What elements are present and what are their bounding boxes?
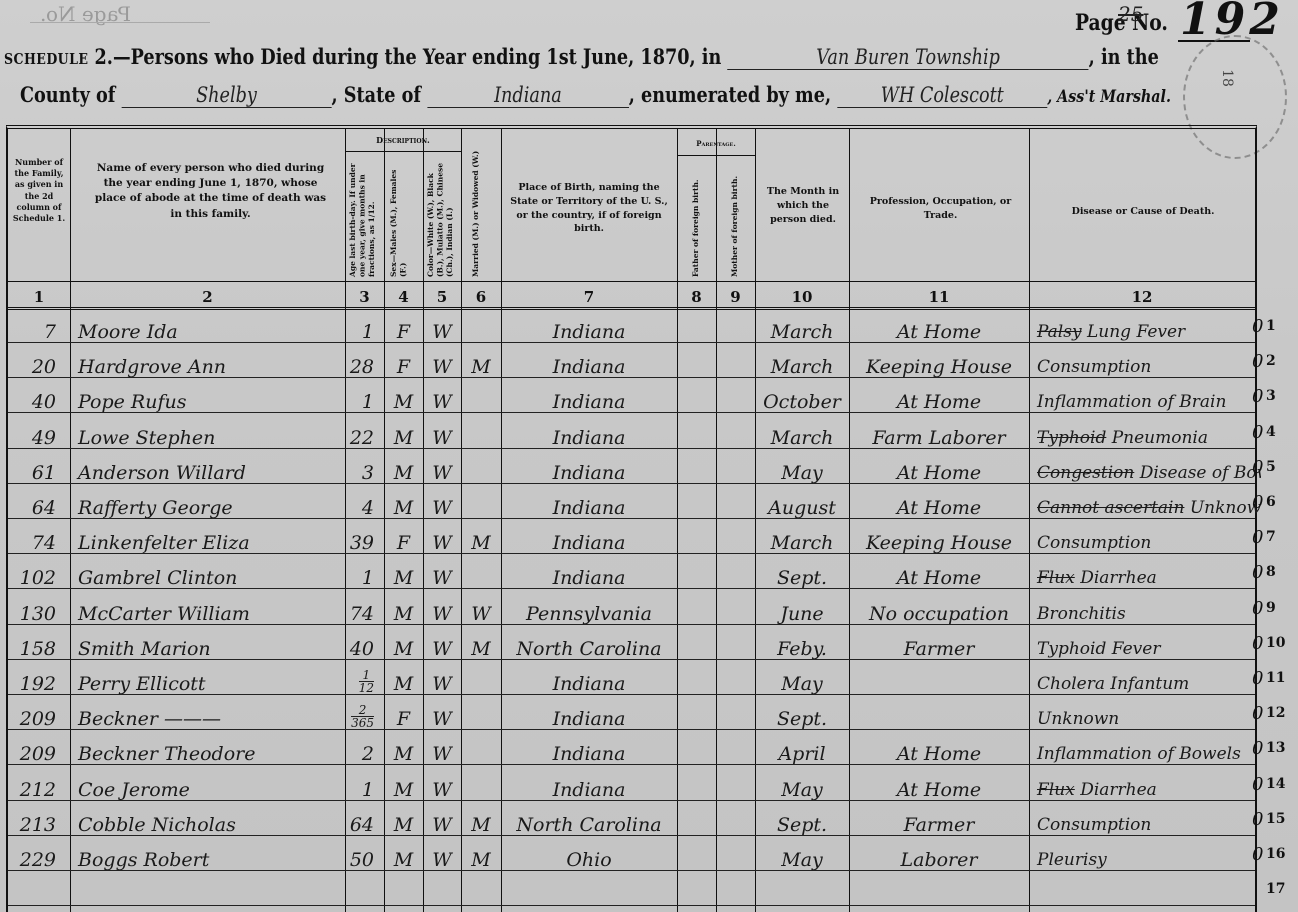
cell-birthplace: Indiana [501,734,677,767]
line-number: 2 [1266,353,1276,369]
tally-mark-icon: 0 [1252,492,1263,513]
col-number: 4 [384,285,423,309]
cell-sex: M [384,488,423,521]
cell-name: Pope Rufus [70,382,353,415]
cell-sex [384,875,423,908]
cell-color: W [423,453,461,486]
cell-color: W [423,558,461,591]
table-row: 212Coe Jerome1MWIndianaMayAt HomeFlux Di… [8,770,1255,803]
fraction-denominator: 365 [351,717,374,729]
marshal-label: , Ass't Marshal. [1047,87,1171,107]
line-number: 8 [1266,564,1276,580]
cell-family: 20 [8,347,56,380]
cell-age: 4 [345,488,374,521]
cell-cause: Palsy Lung Fever [1029,312,1261,345]
cell-name: Linkenfelter Eliza [70,523,353,556]
table-row: 7Moore Ida1FWIndianaMarchAt HomePalsy Lu… [8,312,1255,345]
row-rule [8,729,1255,730]
tally-mark-icon: 0 [1252,351,1263,372]
cell-cause: Typhoid Fever [1029,629,1261,662]
cell-age: 3 [345,453,374,486]
cause-text: Typhoid Fever [1037,639,1160,659]
tally-mark-icon: 0 [1252,738,1263,759]
cause-text: Inflammation of Brain [1037,392,1226,412]
row-rule [8,870,1255,871]
table-row: 64Rafferty George4MWIndianaAugustAt Home… [8,488,1255,521]
cell-birthplace: Indiana [501,312,677,345]
cell-sex: F [384,699,423,732]
row-rule [8,588,1255,589]
cell-occupation: At Home [849,734,1029,767]
header-name: Name of every person who died during the… [88,161,333,222]
cell-name: Rafferty George [70,488,353,521]
cell-name: Perry Ellicott [70,664,353,697]
header-rule [8,281,1255,282]
cell-family: 61 [8,453,56,486]
table-row: 209Beckner ———2365FWIndianaSept. Unknown [8,699,1255,732]
cause-text: Inflammation of Bowels [1037,744,1241,764]
cell-occupation [849,875,1029,908]
cell-age: 1 [345,558,374,591]
cell-birthplace: Indiana [501,699,677,732]
cell-age: 1 [345,770,374,803]
cell-married [461,418,501,451]
col-number: 6 [461,285,501,309]
cell-birthplace: North Carolina [501,629,677,662]
parentage-rule [677,155,755,156]
row-rule [8,694,1255,695]
cell-name: Hardgrove Ann [70,347,353,380]
cell-name: Anderson Willard [70,453,353,486]
county-line: County of Shelby, State of Indiana, enum… [20,82,1171,108]
cell-name: Lowe Stephen [70,418,353,451]
cell-married [461,312,501,345]
cell-family: 64 [8,488,56,521]
cell-birthplace: Indiana [501,488,677,521]
page-number-struck: 25 [1118,2,1143,26]
cell-color: W [423,805,461,838]
cell-color [423,875,461,908]
body-rule [8,307,1255,310]
cell-age: 28 [345,347,374,380]
tally-mark-icon: 0 [1252,598,1263,619]
mortality-table: Number of the Family, as given in the 2d… [6,125,1257,912]
line-number: 10 [1266,635,1285,651]
cell-color: W [423,770,461,803]
cell-month: March [755,523,849,556]
enumerator-field: WH Colescott [837,83,1047,108]
cell-name: Moore Ida [70,312,353,345]
cell-sex: F [384,347,423,380]
cell-cause: Flux Diarrhea [1029,770,1261,803]
cell-cause: Unknown [1029,699,1261,732]
cell-family: 7 [8,312,56,345]
cell-birthplace [501,875,677,908]
cell-family: 209 [8,734,56,767]
age-fraction: 2365 [351,704,374,729]
cell-month: August [755,488,849,521]
line-number: 3 [1266,388,1276,404]
cell-married [461,453,501,486]
cell-age: 22 [345,418,374,451]
line-number: 5 [1266,459,1276,475]
cell-name: Beckner Theodore [70,734,353,767]
cell-month: April [755,734,849,767]
cell-cause: Flux Diarrhea [1029,558,1261,591]
table-row: 229Boggs Robert50MWMOhioMayLaborer Pleur… [8,840,1255,873]
cell-married [461,558,501,591]
cell-married [461,699,501,732]
cell-sex: M [384,805,423,838]
header-parentage: Parentage. [677,139,755,149]
cell-age: 64 [345,805,374,838]
fraction-numerator: 2 [351,704,374,717]
cell-month: Sept. [755,699,849,732]
row-rule [8,448,1255,449]
line-number: 13 [1266,740,1285,756]
cell-sex: M [384,770,423,803]
header-married: Married (M.) or Widowed (W.) [471,137,491,277]
cell-age: 50 [345,840,374,873]
header-color: Color—White (W.), Black (B.), Mulatto (M… [426,157,458,277]
cell-age: 2365 [345,699,374,732]
cell-sex: M [384,382,423,415]
line-number: 9 [1266,600,1276,616]
cell-age: 39 [345,523,374,556]
cause-text: Consumption [1037,815,1151,835]
cell-family: 49 [8,418,56,451]
line-number: 16 [1266,846,1285,862]
cause-text: Bronchitis [1037,604,1126,624]
cell-occupation: No occupation [849,594,1029,627]
cell-color: W [423,840,461,873]
state-label: , State of [331,82,420,107]
cell-cause: Inflammation of Bowels [1029,734,1261,767]
cause-struck-text: Cannot ascertain [1037,498,1184,518]
cell-cause: Inflammation of Brain [1029,382,1261,415]
table-row: 213Cobble Nicholas64MWMNorth CarolinaSep… [8,805,1255,838]
cell-sex: F [384,312,423,345]
col-number: 11 [849,285,1029,309]
cause-struck-text: Palsy [1037,322,1082,342]
col-number: 9 [716,285,755,309]
cause-text: Cholera Infantum [1037,674,1189,694]
col-number: 8 [677,285,716,309]
cell-birthplace: Indiana [501,347,677,380]
cell-married: M [461,805,501,838]
tally-mark-icon: 0 [1252,386,1263,407]
cell-month: June [755,594,849,627]
header-family-number: Number of the Family, as given in the 2d… [9,157,69,224]
row-rule [8,624,1255,625]
cell-month: March [755,312,849,345]
cell-occupation [849,699,1029,732]
header-mother-foreign: Mother of foreign birth. [730,161,744,277]
header-description: Description. [345,135,461,146]
tally-mark-icon: 0 [1252,457,1263,478]
tally-mark-icon: 0 [1252,844,1263,865]
cell-month: Sept. [755,805,849,838]
cell-color: W [423,382,461,415]
cell-occupation: Farm Laborer [849,418,1029,451]
cell-married: M [461,347,501,380]
cell-family: 209 [8,699,56,732]
cell-birthplace: Indiana [501,418,677,451]
header-sex: Sex—Males (M.), Females (F.) [389,157,419,277]
col-number: 7 [501,285,677,309]
cell-family: 212 [8,770,56,803]
schedule-title: Schedule 2.—Persons who Died during the … [4,44,1159,70]
row-rule [8,553,1255,554]
description-rule [345,151,461,152]
cell-occupation: At Home [849,770,1029,803]
cell-family [8,875,56,908]
in-the-label: , in the [1089,44,1159,69]
row-rule [8,835,1255,836]
header-cause: Disease or Cause of Death. [1038,205,1248,219]
cell-married [461,382,501,415]
cell-married: W [461,594,501,627]
cell-name: Coe Jerome [70,770,353,803]
cell-occupation: Farmer [849,629,1029,662]
line-number: 11 [1266,670,1285,686]
row-rule [8,412,1255,413]
cell-birthplace: Pennsylvania [501,594,677,627]
cell-month: March [755,418,849,451]
cell-color: W [423,629,461,662]
row-rule [8,483,1255,484]
cell-age: 1 [345,382,374,415]
cause-text: Consumption [1037,357,1151,377]
cell-month [755,875,849,908]
cell-sex: M [384,453,423,486]
table-row: 61Anderson Willard3MWIndianaMayAt HomeCo… [8,453,1255,486]
cell-cause [1029,875,1261,908]
cell-occupation: At Home [849,453,1029,486]
header-month: The Month in which the person died. [760,185,846,226]
cell-sex: M [384,558,423,591]
cell-married [461,770,501,803]
cause-struck-text: Flux [1037,568,1075,588]
row-rule [8,377,1255,378]
cell-cause: Bronchitis [1029,594,1261,627]
cell-cause: Consumption [1029,805,1261,838]
cause-text: Pleurisy [1037,850,1107,870]
cell-birthplace: Indiana [501,382,677,415]
cell-age: 74 [345,594,374,627]
tally-mark-icon: 0 [1252,809,1263,830]
fraction-numerator: 1 [359,669,374,682]
cell-cause: Congestion Disease of Bowels [1029,453,1261,486]
cell-family: 102 [8,558,56,591]
table-row: 130McCarter William74MWWPennsylvaniaJune… [8,594,1255,627]
table-row: 158Smith Marion40MWMNorth CarolinaFeby.F… [8,629,1255,662]
cell-sex: M [384,734,423,767]
line-number: 17 [1266,881,1285,897]
table-row: 192Perry Ellicott112MWIndianaMay Cholera… [8,664,1255,697]
col-number: 2 [70,285,345,309]
cell-age: 2 [345,734,374,767]
header-birthplace: Place of Birth, naming the State or Terr… [505,181,673,236]
col-number: 3 [345,285,384,309]
cause-text: Pneumonia [1112,428,1208,448]
tally-mark-icon: 0 [1252,527,1263,548]
cell-month: Sept. [755,558,849,591]
cell-family: 158 [8,629,56,662]
cell-sex: M [384,418,423,451]
cell-married [461,664,501,697]
age-fraction: 112 [359,669,374,694]
cell-color: W [423,699,461,732]
header-occupation: Profession, Occupation, or Trade. [868,195,1013,223]
cell-name: Gambrel Clinton [70,558,353,591]
tally-mark-icon: 0 [1252,774,1263,795]
table-row [8,875,1255,908]
line-number: 6 [1266,494,1276,510]
tally-mark-icon: 0 [1252,422,1263,443]
cell-married: M [461,840,501,873]
cell-family: 229 [8,840,56,873]
schedule-number: 2. [95,44,113,69]
cell-family: 130 [8,594,56,627]
cell-color: W [423,312,461,345]
census-page: Page No. Page No. 25 192 18 Schedule 2.—… [0,0,1298,912]
cell-name: Cobble Nicholas [70,805,353,838]
table-row: 209Beckner Theodore2MWIndianaAprilAt Hom… [8,734,1255,767]
cell-occupation: Laborer [849,840,1029,873]
cell-name: Beckner ——— [70,699,353,732]
cell-name: Boggs Robert [70,840,353,873]
tally-mark-icon: 0 [1252,703,1263,724]
county-label: County of [20,82,115,107]
cell-month: May [755,770,849,803]
cell-married: M [461,523,501,556]
cell-cause: Cholera Infantum [1029,664,1261,697]
cell-family: 192 [8,664,56,697]
header-age: Age last birth-day. If under one year, g… [348,157,382,277]
cell-birthplace: Indiana [501,664,677,697]
tally-mark-icon: 0 [1252,562,1263,583]
tally-mark-icon: 0 [1252,633,1263,654]
cell-month: March [755,347,849,380]
cell-birthplace: Indiana [501,523,677,556]
cell-color: W [423,347,461,380]
cell-month: May [755,453,849,486]
line-number: 1 [1266,318,1276,334]
cell-color: W [423,594,461,627]
schedule-label: Schedule [4,50,88,68]
cell-married [461,734,501,767]
cell-family: 40 [8,382,56,415]
cell-cause: Consumption [1029,347,1261,380]
cell-occupation: At Home [849,382,1029,415]
header-father-foreign: Father of foreign birth. [691,161,705,277]
line-number: 15 [1266,811,1285,827]
cell-cause: Consumption [1029,523,1261,556]
col-number: 5 [423,285,461,309]
stamp-text: 18 [1219,69,1235,87]
col-number: 1 [8,285,70,309]
cell-cause: Cannot ascertain Unknown [1029,488,1261,521]
tally-mark-icon: 0 [1252,668,1263,689]
cell-name [70,875,353,908]
township-field: Van Buren Township [727,45,1088,70]
cause-struck-text: Typhoid [1037,428,1106,448]
cell-name: Smith Marion [70,629,353,662]
cell-occupation: Keeping House [849,347,1029,380]
cause-text: Lung Fever [1087,322,1185,342]
cell-color: W [423,488,461,521]
cell-occupation: Farmer [849,805,1029,838]
cell-family: 213 [8,805,56,838]
line-number: 14 [1266,776,1285,792]
cause-text: Consumption [1037,533,1151,553]
cell-age: 40 [345,629,374,662]
col-number: 12 [1029,285,1255,309]
line-number: 12 [1266,705,1285,721]
cell-sex: M [384,629,423,662]
schedule-description: —Persons who Died during the Year ending… [113,44,721,69]
cell-cause: Pleurisy [1029,840,1261,873]
cell-sex: M [384,664,423,697]
fraction-denominator: 12 [359,682,374,694]
cell-family: 74 [8,523,56,556]
table-row: 74Linkenfelter Eliza39FWMIndianaMarchKee… [8,523,1255,556]
row-rule [8,518,1255,519]
cell-sex: M [384,594,423,627]
cell-occupation: At Home [849,558,1029,591]
cell-age [345,875,374,908]
row-rule [8,764,1255,765]
line-number: 4 [1266,424,1276,440]
cell-birthplace: Indiana [501,558,677,591]
cell-occupation: At Home [849,488,1029,521]
cell-occupation [849,664,1029,697]
row-rule [8,659,1255,660]
cell-sex: M [384,840,423,873]
table-row: 40Pope Rufus1MWIndianaOctoberAt Home Inf… [8,382,1255,415]
cell-occupation: At Home [849,312,1029,345]
cell-name: McCarter William [70,594,353,627]
cause-text: Diarrhea [1080,568,1157,588]
cell-cause: Typhoid Pneumonia [1029,418,1261,451]
row-rule [8,800,1255,801]
cell-age: 1 [345,312,374,345]
cell-birthplace: Indiana [501,770,677,803]
cell-birthplace: North Carolina [501,805,677,838]
row-rule [8,342,1255,343]
cause-struck-text: Flux [1037,780,1075,800]
cell-color: W [423,418,461,451]
county-field: Shelby [121,83,331,108]
table-row: 49Lowe Stephen22MWIndianaMarchFarm Labor… [8,418,1255,451]
col-number: 10 [755,285,849,309]
table-row: 102Gambrel Clinton1MWIndianaSept.At Home… [8,558,1255,591]
row-rule [8,905,1255,906]
cause-text: Diarrhea [1080,780,1157,800]
cell-month: October [755,382,849,415]
cell-age: 112 [345,664,374,697]
line-number: 7 [1266,529,1276,545]
cell-month: May [755,840,849,873]
cell-birthplace: Ohio [501,840,677,873]
cause-struck-text: Congestion [1037,463,1134,483]
bleedthrough-line [30,22,210,23]
enumerated-label: , enumerated by me, [629,82,831,107]
state-field: Indiana [427,83,629,108]
cell-sex: F [384,523,423,556]
cell-month: May [755,664,849,697]
